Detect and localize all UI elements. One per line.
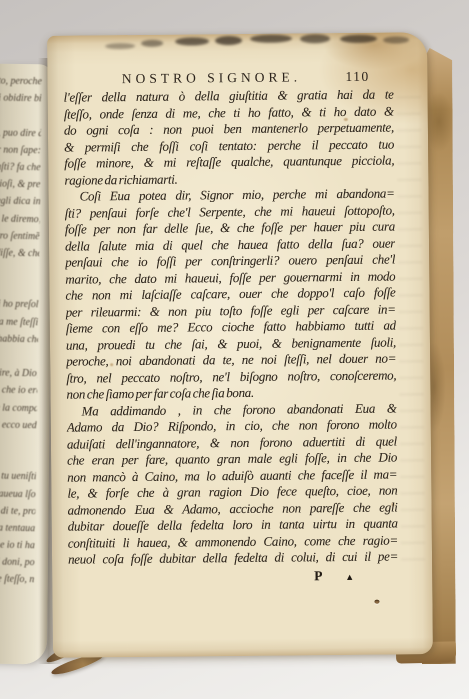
page-fragment-line: che tu ueniſti (0, 468, 36, 486)
page-fragment-line: ora di te, pro (0, 502, 35, 520)
paragraph: l'eſſer della natura ò della giuſtitia &… (64, 87, 395, 189)
wormhole (374, 600, 379, 604)
page-fragment-line: to, puo dire à (0, 124, 41, 142)
text-line: ſtro, nel peccato noſtro, ne'l biſogno n… (66, 367, 396, 387)
ink-speck (105, 43, 135, 49)
page-fragment-line: or non ſape: (0, 141, 41, 159)
page-fragment-line: , che io ti ha (0, 536, 35, 554)
page-fragment-line (0, 261, 39, 279)
running-head: NOSTRO SIGNORE. 110 (63, 69, 393, 88)
text-line: neuol coſa foſſe dubitar della fedelta d… (68, 548, 398, 568)
page-fragment-line: in te ſteſſo, n (0, 571, 34, 589)
page-fragment-line: o dire, à Dio, (0, 365, 38, 383)
book-page: NOSTRO SIGNORE. 110 l'eſſer della natura… (47, 32, 433, 658)
facing-page-text: iſto, perochedi obidire bi to, puo dire … (0, 72, 42, 588)
ink-speck (250, 34, 292, 42)
page-fragment-line: di obidire bi (0, 90, 42, 108)
page-fragment-line: gioſi, & pre (0, 176, 40, 194)
ink-speck (215, 36, 242, 45)
page-fragment-line: e egli dica in (0, 193, 40, 211)
page-fragment-line: to habbia che (0, 330, 38, 348)
showthrough-ghost-text (397, 96, 426, 566)
page-number: 110 (345, 69, 369, 85)
page-fragment-line: gna tentaua (0, 519, 35, 537)
page-fragment-line: che la compa (0, 399, 37, 417)
ink-speck (340, 35, 377, 43)
photo-backdrop: iſto, perochedi obidire bi to, puo dire … (0, 0, 469, 699)
page-fragment-line: naſti? fa che (0, 158, 41, 176)
page-fragment-line: ni? ecco ued (0, 416, 37, 434)
signature-mark: P (314, 568, 322, 585)
page-fragment-line: altro ſentimẽ (0, 227, 40, 245)
page-fragment-line (0, 279, 39, 297)
ink-speck (175, 37, 209, 45)
page-fragment-line: llo, che io era (0, 382, 37, 400)
page-fragment-line: iſto, peroche (0, 72, 42, 90)
ink-speck (383, 36, 409, 43)
running-head-title: NOSTRO SIGNORE. (122, 69, 301, 86)
ink-speck (141, 40, 163, 47)
paragraph: Coſi Eua potea dir, Signor mio, perche m… (64, 186, 396, 404)
page-fragment-line (0, 347, 38, 365)
page-fragment-line (0, 433, 36, 451)
text-block: l'eſſer della natura ò della giuſtitia &… (64, 87, 399, 588)
page-fragment-line: nici doni, po (0, 554, 35, 572)
page-fragment-line: da me ſteſſi (0, 313, 38, 331)
page-fragment-line: i ho preſol (0, 296, 39, 314)
ink-speck (300, 34, 330, 43)
page-fragment-line: on le diremo; (0, 210, 40, 228)
page-fragment-line (0, 451, 36, 469)
triangle-ornament: ▲ (345, 568, 354, 585)
paragraphs: l'eſſer della natura ò della giuſtitia &… (64, 87, 399, 569)
page-fragment-line: e diſſe, & che (0, 244, 39, 262)
text-line: foſſe minore, & mi reſtaſſe qualche, qua… (64, 153, 394, 173)
page-fragment-line (0, 107, 42, 125)
page-fragment-line: e haueua lſo (0, 485, 36, 503)
paragraph: Ma addimando , in che forono abandonati … (67, 400, 399, 568)
signature-line: P ▲ (68, 567, 398, 587)
